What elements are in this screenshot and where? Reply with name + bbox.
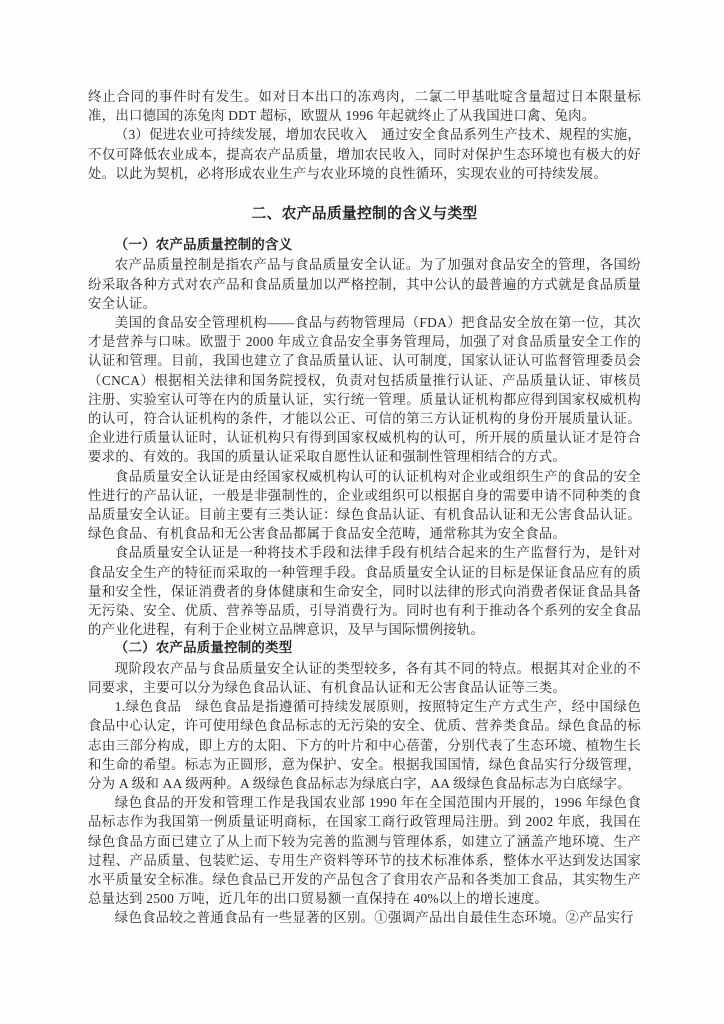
paragraph: 绿色食品较之普通食品有一些显著的区别。①强调产品出自最佳生态环境。②产品实行 — [88, 908, 641, 927]
paragraph: 绿色食品的开发和管理工作是我国农业部 1990 年在全国范围内开展的，1996 … — [88, 793, 641, 908]
paragraph: （3）促进农业可持续发展，增加农民收入 通过安全食品系列生产技术、规程的实施，不… — [88, 125, 641, 183]
document-page: 终止合同的事件时有发生。如对日本出口的冻鸡肉，二氯二甲基吡啶含量超过日本限量标准… — [0, 0, 724, 1024]
paragraph: 食品质量安全认证是一种将技术手段和法律手段有机结合起来的生产监督行为，是针对食品… — [88, 543, 641, 639]
paragraph: 农产品质量控制是指农产品与食品质量安全认证。为了加强对食品安全的管理，各国纷纷采… — [88, 255, 641, 313]
paragraph: 食品质量安全认证是由经国家权威机构认可的认证机构对企业或组织生产的食品的安全性进… — [88, 467, 641, 544]
paragraph: 现阶段农产品与食品质量安全认证的类型较多，各有其不同的特点。根据其对企业的不同要… — [88, 659, 641, 697]
subsection-heading: （二）农产品质量控制的类型 — [88, 639, 641, 658]
page-content: 终止合同的事件时有发生。如对日本出口的冻鸡肉，二氯二甲基吡啶含量超过日本限量标准… — [88, 87, 641, 928]
paragraph: 美国的食品安全管理机构——食品与药物管理局（FDA）把食品安全放在第一位，其次才… — [88, 313, 641, 467]
section-heading: 二、农产品质量控制的含义与类型 — [88, 204, 641, 223]
subsection-heading: （一）农产品质量控制的含义 — [88, 236, 641, 255]
paragraph: 1.绿色食品 绿色食品是指遵循可持续发展原则，按照特定生产方式生产，经中国绿色食… — [88, 697, 641, 793]
paragraph: 终止合同的事件时有发生。如对日本出口的冻鸡肉，二氯二甲基吡啶含量超过日本限量标准… — [88, 87, 641, 125]
